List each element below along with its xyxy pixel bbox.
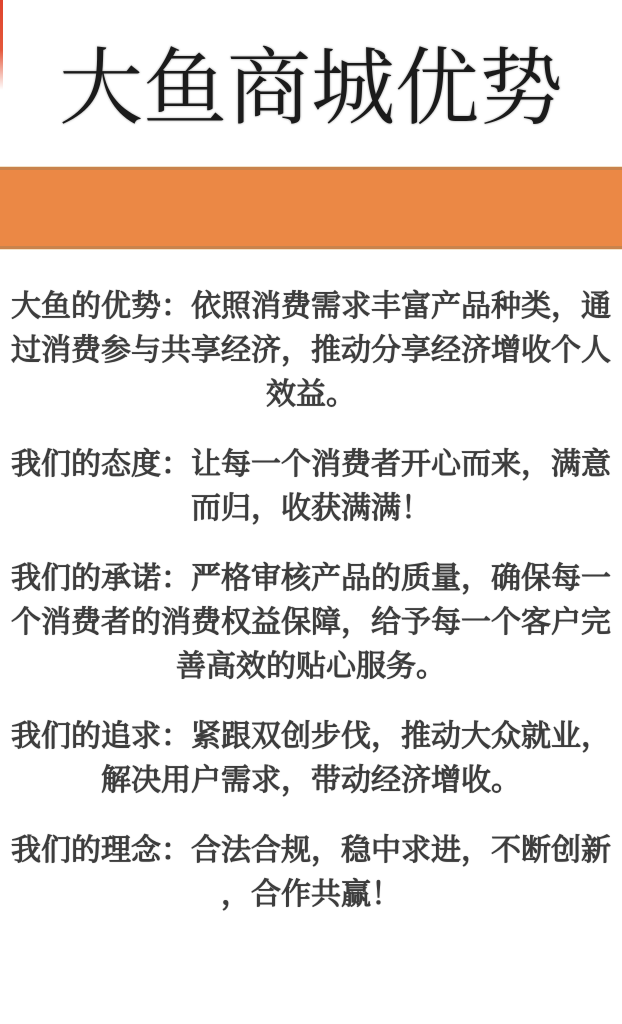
left-edge-artifact [0,0,3,90]
paragraph-line: 善高效的贴心服务。 [5,645,617,689]
paragraph-line: 我们的态度：让每一个消费者开心而来，满意 [5,443,617,487]
paragraph-line: ，合作共赢！ [5,873,617,917]
paragraph-attitude: 我们的态度：让每一个消费者开心而来，满意 而归，收获满满！ [5,443,617,531]
paragraph-line: 解决用户需求，带动经济增收。 [5,759,617,803]
page-title: 大鱼商城优势 [0,0,622,141]
paragraph-advantage: 大鱼的优势：依照消费需求丰富产品种类，通 过消费参与共享经济，推动分享经济增收个… [5,285,617,417]
paragraph-line: 我们的理念：合法合规，稳中求进，不断创新 [5,829,617,873]
paragraph-philosophy: 我们的理念：合法合规，稳中求进，不断创新 ，合作共赢！ [5,829,617,917]
paragraph-line: 而归，收获满满！ [5,487,617,531]
paragraph-promise: 我们的承诺：严格审核产品的质量，确保每一 个消费者的消费权益保障，给予每一个客户… [5,557,617,689]
promo-poster: 大鱼商城优势 大鱼的优势：依照消费需求丰富产品种类，通 过消费参与共享经济，推动… [0,0,622,1024]
paragraph-line: 我们的承诺：严格审核产品的质量，确保每一 [5,557,617,601]
paragraph-line: 过消费参与共享经济，推动分享经济增收个人 [5,329,617,373]
paragraph-line: 个消费者的消费权益保障，给予每一个客户完 [5,601,617,645]
paragraph-line: 大鱼的优势：依照消费需求丰富产品种类，通 [5,285,617,329]
paragraph-line: 我们的追求：紧跟双创步伐，推动大众就业， [5,715,617,759]
paragraph-line: 效益。 [5,373,617,417]
content-area: 大鱼的优势：依照消费需求丰富产品种类，通 过消费参与共享经济，推动分享经济增收个… [0,285,622,917]
orange-banner [0,167,622,249]
paragraph-pursuit: 我们的追求：紧跟双创步伐，推动大众就业， 解决用户需求，带动经济增收。 [5,715,617,803]
